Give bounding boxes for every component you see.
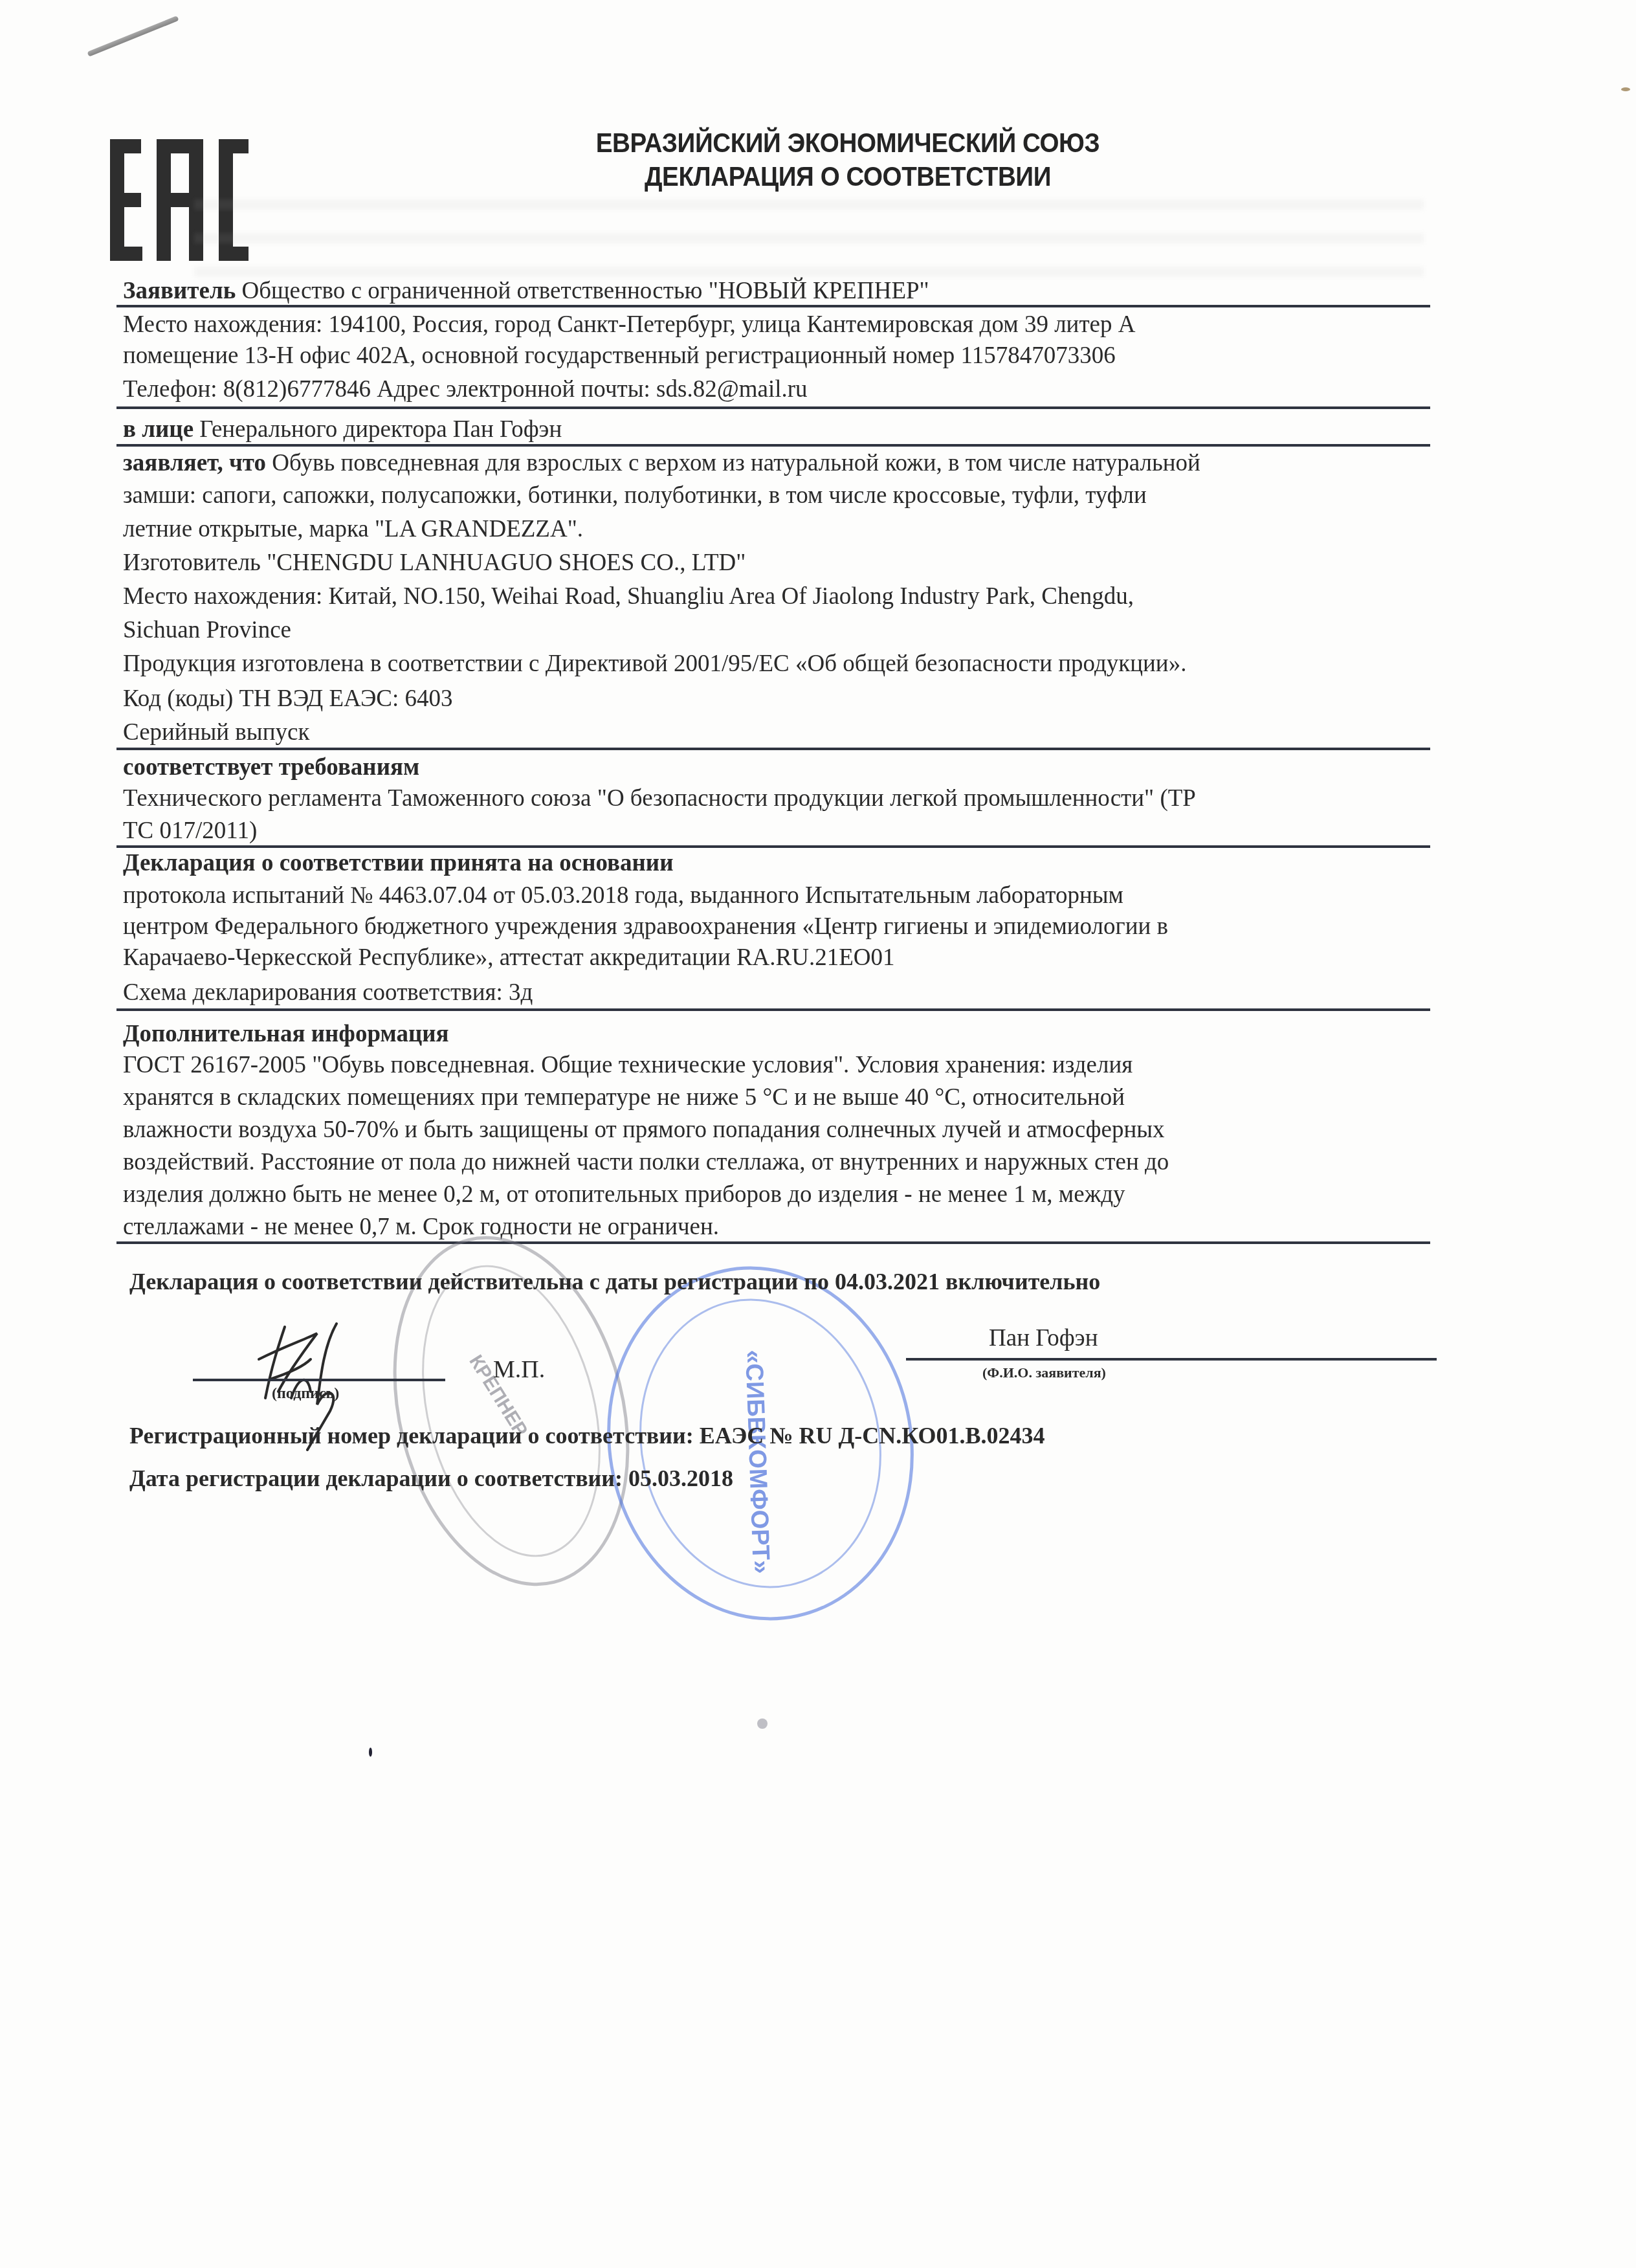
basis-line-2: центром Федерального бюджетного учрежден…: [123, 913, 1168, 941]
additional-line-3: влажности воздуха 50-70% и быть защищены…: [123, 1116, 1165, 1144]
basis-line-3: Карачаево-Черкесской Республике», аттест…: [123, 944, 895, 972]
additional-label: Дополнительная информация: [123, 1020, 449, 1049]
basis-label: Декларация о соответствии принята на осн…: [123, 849, 674, 878]
applicant-line: Заявитель Общество с ограниченной ответс…: [123, 277, 929, 306]
declares-line-1: заявляет, что Обувь повседневная для взр…: [123, 449, 1200, 478]
declares-line-3: летние открытые, марка "LA GRANDEZZA".: [123, 515, 583, 544]
representative-line: в лице Генерального директора Пан Гофэн: [123, 416, 562, 444]
speck: [1621, 87, 1630, 91]
declares-line-2: замши: сапоги, сапожки, полусапожки, бот…: [123, 482, 1147, 510]
divider: [116, 748, 1430, 750]
applicant-label: Заявитель: [123, 278, 236, 304]
name-caption: (Ф.И.О. заявителя): [982, 1364, 1106, 1381]
complies-label: соответствует требованиям: [123, 753, 419, 782]
document-header: ЕВРАЗИЙСКИЙ ЭКОНОМИЧЕСКИЙ СОЮЗ ДЕКЛАРАЦИ…: [401, 126, 1294, 194]
header-title-union: ЕВРАЗИЙСКИЙ ЭКОНОМИЧЕСКИЙ СОЮЗ: [401, 126, 1294, 160]
additional-line-6: стеллажами - не менее 0,7 м. Срок годнос…: [123, 1213, 719, 1241]
additional-line-2: хранятся в складских помещениях при темп…: [123, 1084, 1125, 1112]
manufacturer-address-2: Sichuan Province: [123, 616, 291, 645]
representative-label: в лице: [123, 416, 193, 443]
additional-line-5: изделия должно быть не менее 0,2 м, от о…: [123, 1181, 1125, 1209]
applicant-value: Общество с ограниченной ответственностью…: [236, 278, 929, 304]
bleed-through-shadow: [194, 188, 1424, 285]
divider: [116, 1241, 1430, 1244]
declares-label: заявляет, что: [123, 450, 266, 476]
declares-text: Обувь повседневная для взрослых с верхом…: [266, 450, 1200, 476]
speck: [369, 1748, 372, 1757]
divider: [116, 305, 1430, 307]
applicant-contacts: Телефон: 8(812)6777846 Адрес электронной…: [123, 375, 808, 404]
name-line: [906, 1358, 1437, 1361]
speck: [757, 1718, 768, 1729]
registration-date: Дата регистрации декларации о соответств…: [129, 1464, 733, 1493]
staple-mark: [87, 16, 179, 57]
divider: [116, 406, 1430, 409]
validity-statement: Декларация о соответствии действительна …: [129, 1267, 1100, 1296]
manufacturer: Изготовитель "CHENGDU LANHUAGUO SHOES CO…: [123, 549, 746, 577]
divider: [116, 1008, 1430, 1011]
applicant-address-2: помещение 13-Н офис 402А, основной госуд…: [123, 342, 1116, 370]
representative-value: Генерального директора Пан Гофэн: [193, 416, 562, 443]
signature-line: [193, 1379, 445, 1381]
divider: [116, 845, 1430, 848]
complies-line-1: Технического регламента Таможенного союз…: [123, 784, 1196, 813]
additional-line-1: ГОСТ 26167-2005 "Обувь повседневная. Общ…: [123, 1051, 1133, 1080]
hs-code: Код (коды) ТН ВЭД ЕАЭС: 6403: [123, 685, 453, 713]
basis-line-1: протокола испытаний № 4463.07.04 от 05.0…: [123, 882, 1123, 910]
release-type: Серийный выпуск: [123, 718, 309, 747]
manufacturer-address-1: Место нахождения: Китай, NO.150, Weihai …: [123, 583, 1134, 611]
applicant-address-1: Место нахождения: 194100, Россия, город …: [123, 311, 1135, 339]
divider: [116, 444, 1430, 447]
complies-line-2: ТС 017/2011): [123, 817, 257, 845]
registration-number: Регистрационный номер декларации о соотв…: [129, 1421, 1045, 1450]
additional-line-4: воздействий. Расстояние от пола до нижне…: [123, 1148, 1169, 1177]
seal-mark: М.П.: [493, 1355, 545, 1384]
applicant-name: Пан Гофэн: [989, 1324, 1098, 1352]
directive: Продукция изготовлена в соответствии с Д…: [123, 650, 1186, 678]
signature-caption: (подпись): [272, 1385, 339, 1403]
declaration-scheme: Схема декларирования соответствия: 3д: [123, 979, 533, 1007]
